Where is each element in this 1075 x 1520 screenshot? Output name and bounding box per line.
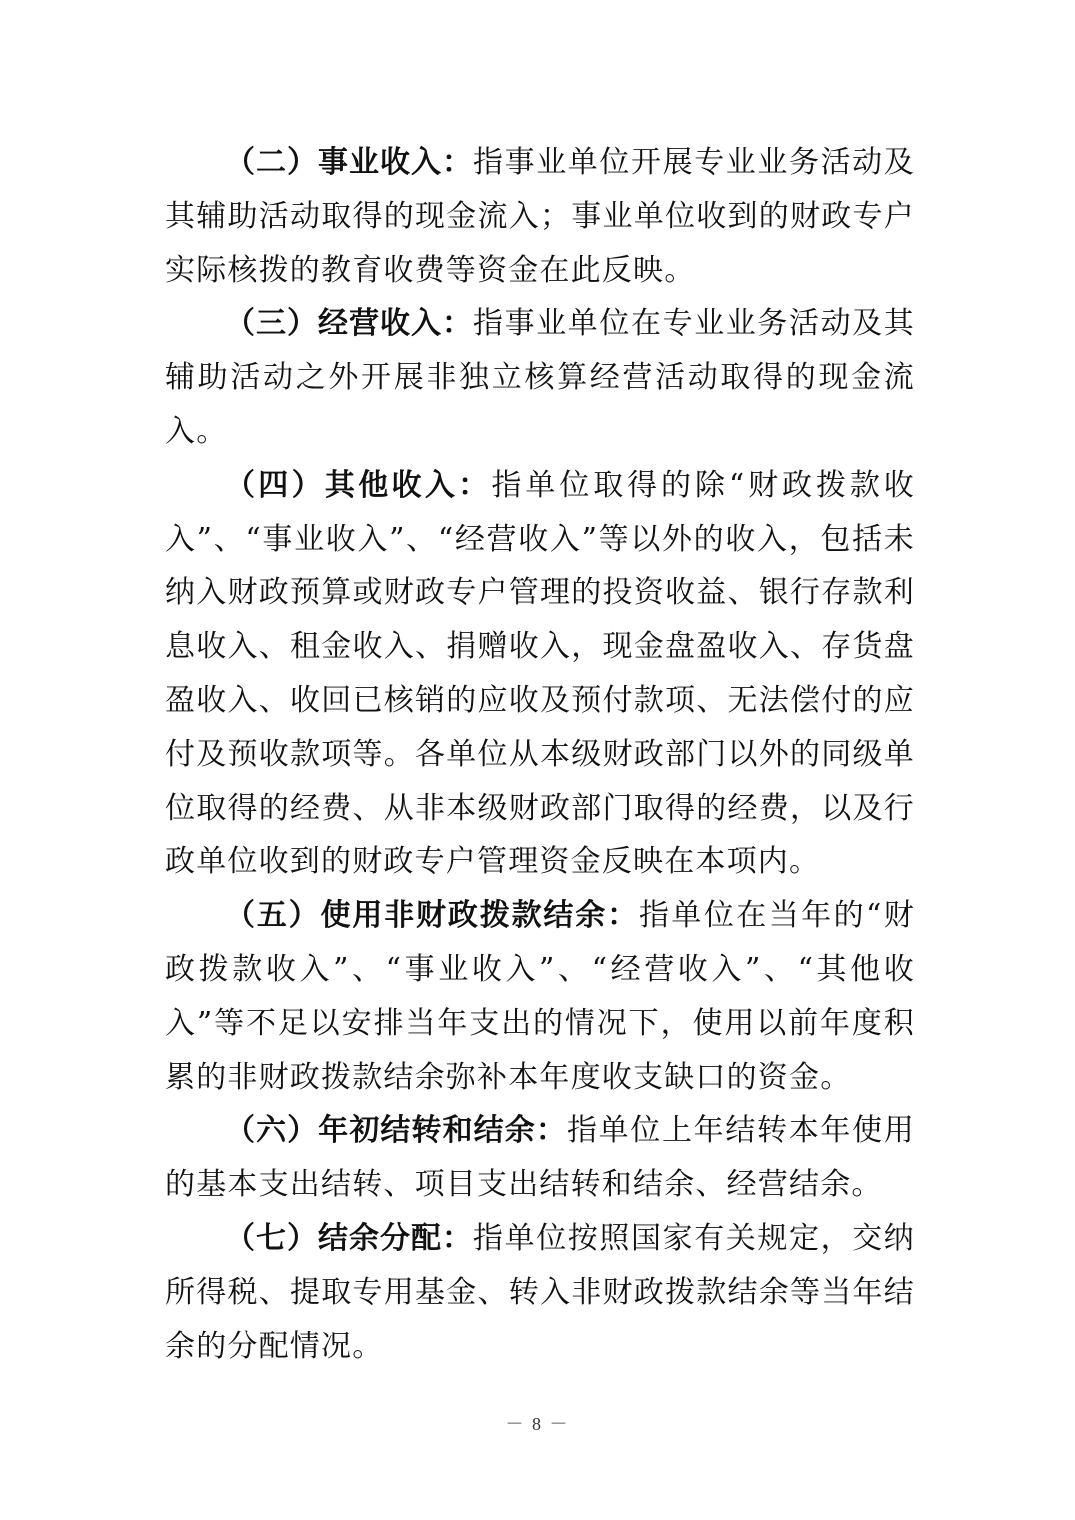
paragraph-label: （七）结余分配： [225, 1221, 473, 1256]
paragraph-surplus-distribution: （七）结余分配：指单位按照国家有关规定，交纳所得税、提取专用基金、转入非财政拨款… [165, 1212, 915, 1373]
document-body: （二）事业收入：指事业单位开展专业业务活动及其辅助活动取得的现金流入；事业单位收… [165, 136, 915, 1373]
paragraph-label: （三）经营收入： [225, 306, 473, 341]
paragraph-opening-carryover: （六）年初结转和结余：指单位上年结转本年使用的基本支出结转、项目支出结转和结余、… [165, 1104, 915, 1212]
paragraph-label: （四）其他收入： [225, 468, 492, 503]
paragraph-label: （六）年初结转和结余： [225, 1113, 567, 1148]
paragraph-business-income: （二）事业收入：指事业单位开展专业业务活动及其辅助活动取得的现金流入；事业单位收… [165, 136, 915, 297]
paragraph-non-fiscal-balance: （五）使用非财政拨款结余：指单位在当年的“财政拨款收入”、“事业收入”、“经营收… [165, 889, 915, 1104]
paragraph-text: 指单位取得的除“财政拨款收入”、“事业收入”、“经营收入”等以外的收入，包括未纳… [165, 468, 915, 880]
paragraph-label: （二）事业收入： [225, 145, 473, 180]
page-number: － 8 － [0, 1410, 1075, 1436]
paragraph-label: （五）使用非财政拨款结余： [225, 898, 639, 933]
paragraph-operating-income: （三）经营收入：指事业单位在专业业务活动及其辅助活动之外开展非独立核算经营活动取… [165, 297, 915, 458]
paragraph-other-income: （四）其他收入：指单位取得的除“财政拨款收入”、“事业收入”、“经营收入”等以外… [165, 459, 915, 889]
